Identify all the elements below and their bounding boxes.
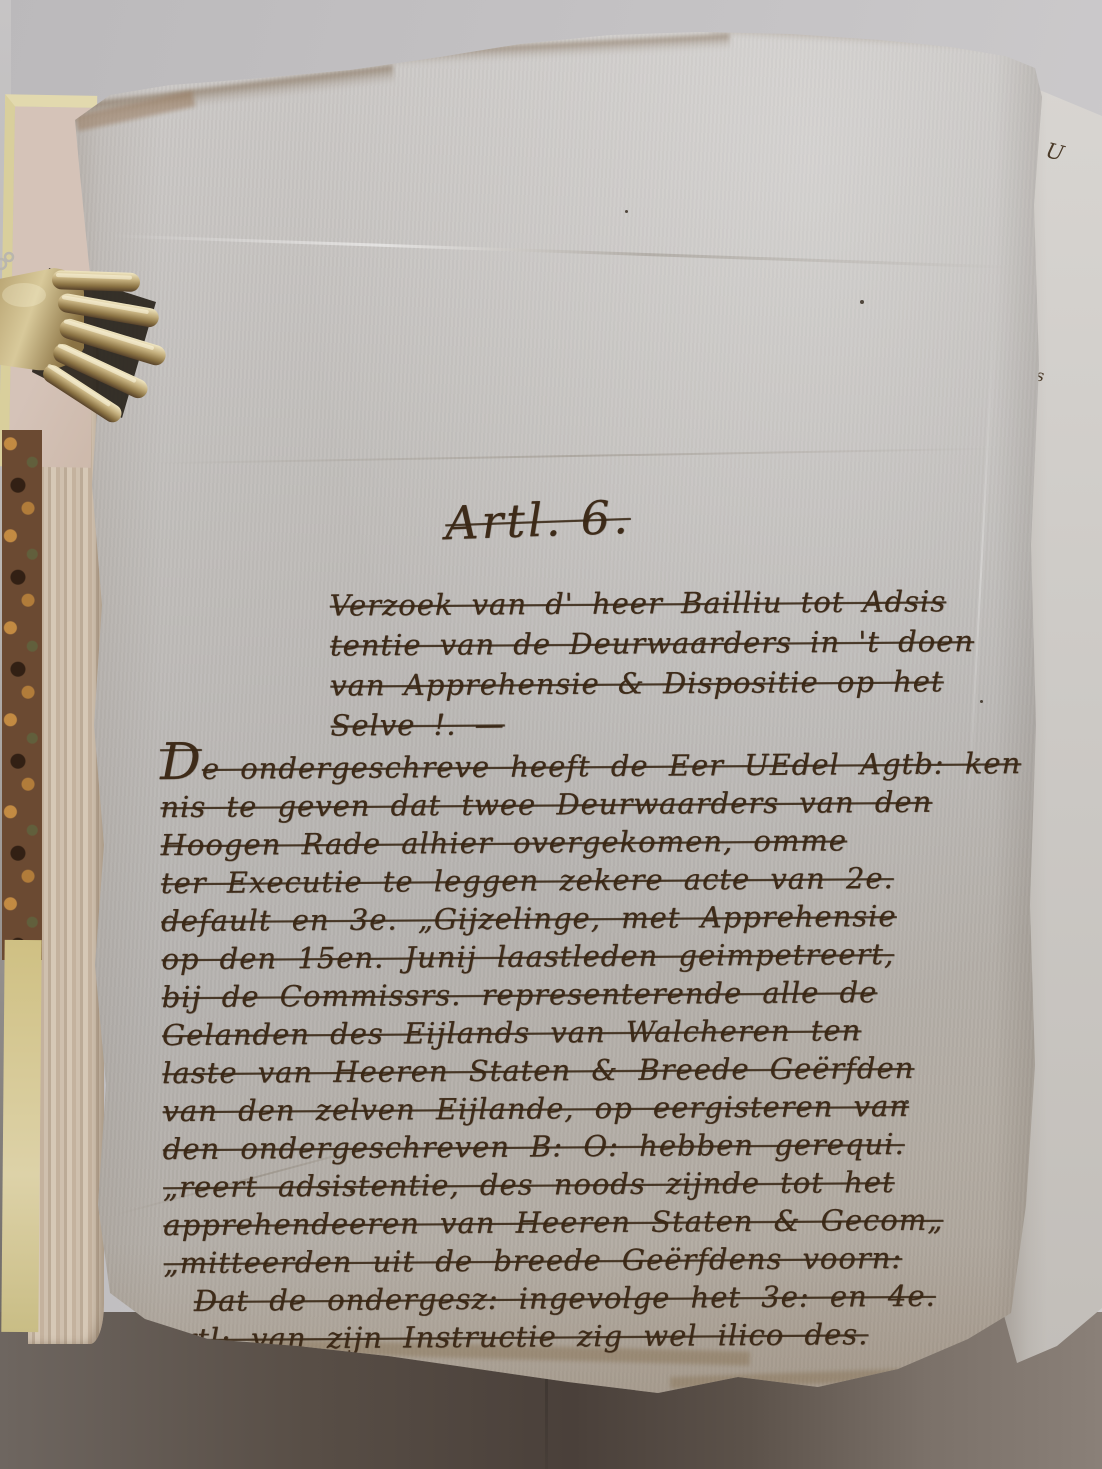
manuscript-line: van den zelven Eijlande, op eergisteren … [162,1086,1052,1130]
manuscript-title: Artl. 6. [444,490,631,550]
heading-line: Verzoek van d' heer Bailliu tot Adsis [329,580,1049,625]
manuscript-line: den ondergeschreven B: O: hebben gerequi… [163,1124,1053,1168]
manuscript-line: laste van Heeren Staten & Breede Geërfde… [162,1048,1052,1092]
ink-speck [625,210,628,213]
photo-scene: U s Artl. 6. Verzoek van d' heer Bailliu… [0,0,1102,1469]
edge-stain [380,34,730,67]
manuscript-line: Hoogen Rade alhier overgekomen, omme [160,820,1050,864]
edge-stain [710,21,1040,53]
heading-line: tentie van de Deurwaarders in 't doen [330,620,1050,665]
heading-line: van Apprehensie & Dispositie op het [330,660,1050,705]
manuscript-line: ter Executie te leggen zekere acte van 2… [161,858,1051,902]
manuscript-heading: Verzoek van d' heer Bailliu tot Adsis te… [329,580,1050,745]
marbled-cover-strip [2,430,42,960]
vellum-cover-strip [1,940,41,1332]
manuscript-line: nis te geven dat twee Deurwaarders van d… [160,782,1050,826]
manuscript-line: apprehendeeren van Heeren Staten & Gecom… [163,1200,1053,1244]
manuscript-page: Artl. 6. Verzoek van d' heer Bailliu tot… [50,25,1065,1425]
chain-link-icon [0,253,13,269]
manuscript-line: default en 3e. „Gijzelinge, met Apprehen… [161,896,1051,940]
brass-hand-page-holder [0,250,170,426]
manuscript-body: De ondergeschreve heeft de Eer UEdel Agt… [160,738,1054,1358]
paper-crease [150,448,1000,465]
manuscript-line: „reert adsistentie, des noods zijnde tot… [163,1162,1053,1206]
manuscript-line: Gelanden des Eijlands van Walcheren ten [162,1010,1052,1054]
manuscript-line: bij de Commissrs. representerende alle d… [162,972,1052,1016]
manuscript-line: „mitteerden uit de breede Geërfdens voor… [163,1238,1053,1282]
ink-speck [860,300,864,304]
manuscript-line: op den 15en. Junij laastleden geimpetree… [161,934,1051,978]
paper-crease [110,234,1010,268]
stray-ink-mark: U [1043,138,1066,166]
manuscript-line: Dat de ondergesz: ingevolge het 3e: en 4… [164,1276,1054,1320]
manuscript-line: De ondergeschreve heeft de Eer UEdel Agt… [160,738,1050,788]
